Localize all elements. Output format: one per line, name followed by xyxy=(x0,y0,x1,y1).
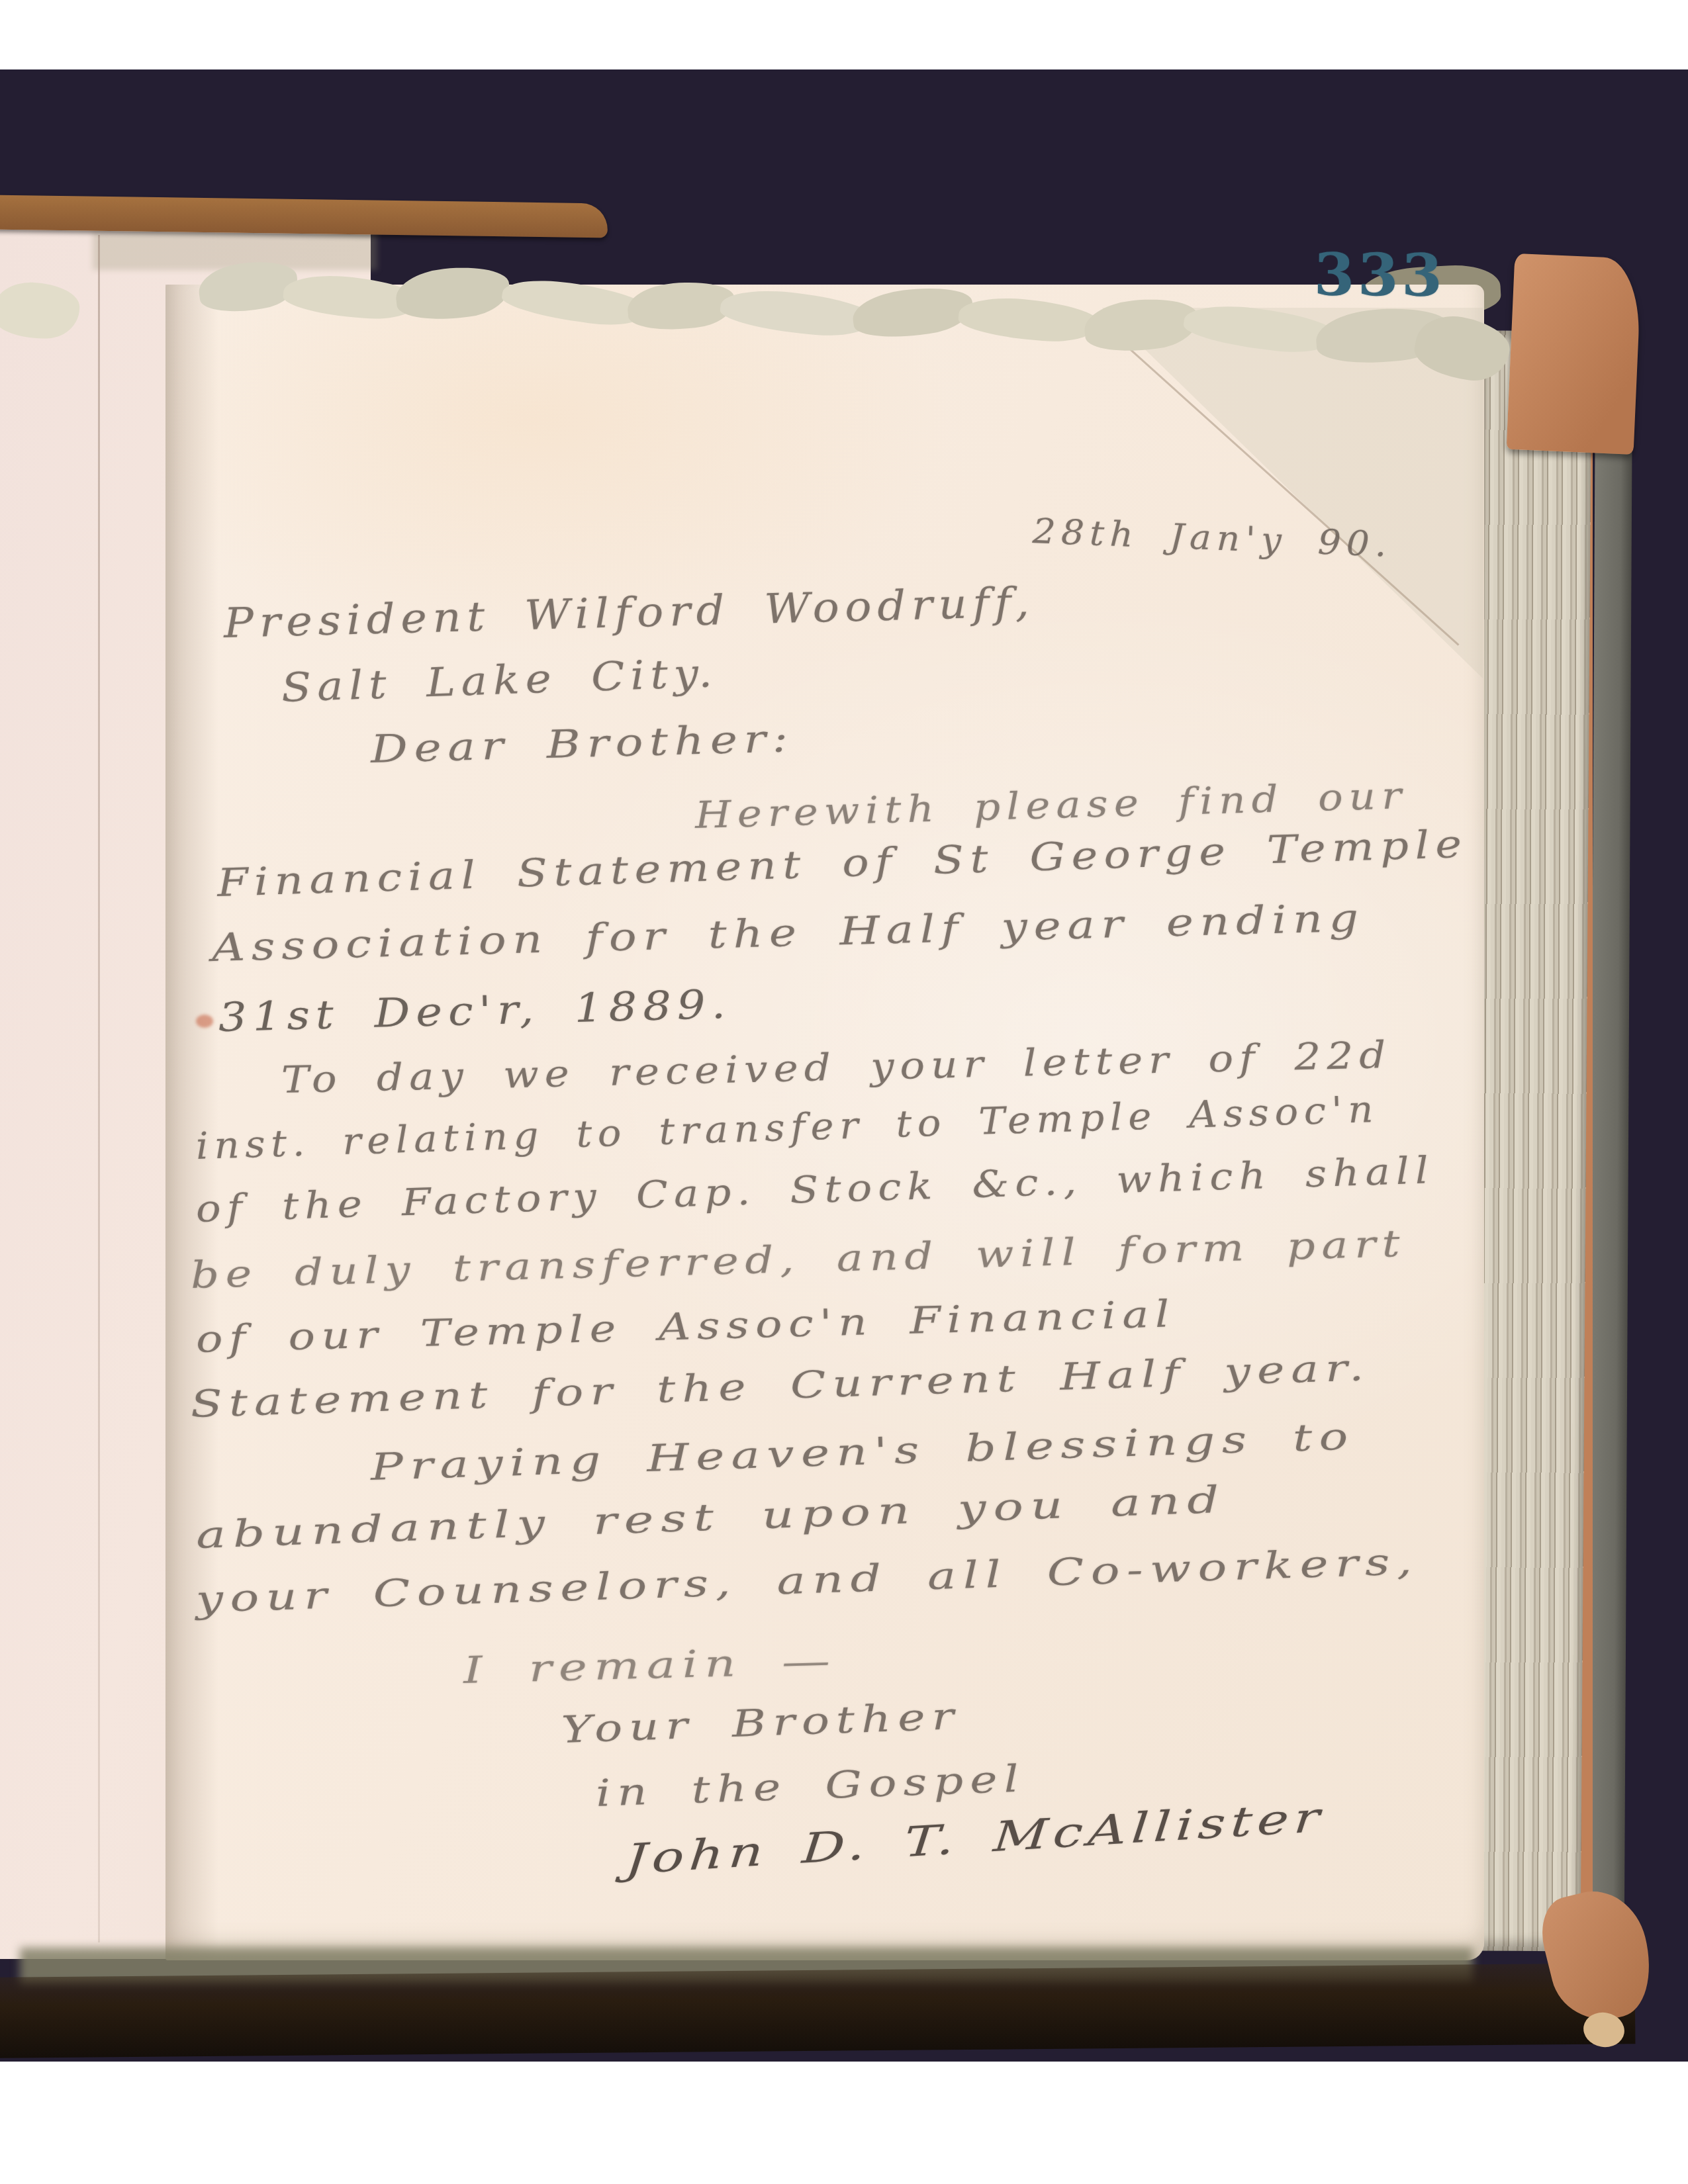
letterbook-photo: 333 28th Jan'y 90. President Wilford Woo… xyxy=(0,69,1688,2062)
page-number-stamp: 333 xyxy=(1314,240,1446,310)
ink-stain xyxy=(196,1015,213,1028)
stacked-page-edges xyxy=(1469,330,1591,1951)
cover-cloth-edge xyxy=(1587,369,1632,1916)
cover-corner-top-right xyxy=(1507,253,1642,455)
book-cover-bottom-edge xyxy=(0,1963,1635,2058)
left-page-crease xyxy=(98,235,100,1942)
gutter-shadow xyxy=(165,285,218,1960)
